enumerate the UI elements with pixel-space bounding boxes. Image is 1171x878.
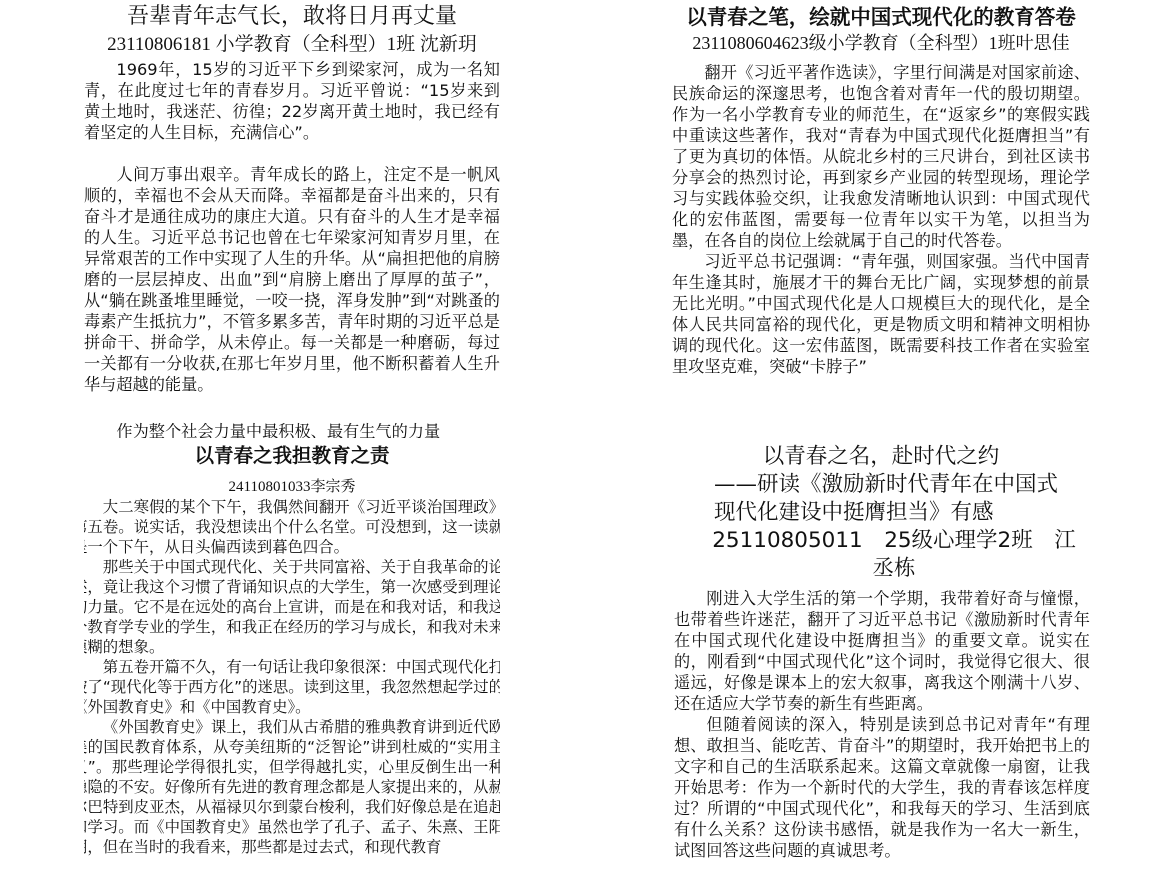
essay-title: 吾辈青年志气长，敢将日月再丈量 — [84, 2, 500, 32]
essay-body: 翻开《习近平著作选读》，字里行间满是对国家前途、民族命运的深邃思考，也饱含着对青… — [672, 62, 1090, 377]
essay-paragraph: 《外国教育史》课上，我们从古希腊的雅典教育讲到近代欧美的国民教育体系，从夸美纽斯… — [84, 717, 500, 857]
essay-body: 1969年，15岁的习近平下乡到梁家河，成为一名知青，在此度过七年的青春岁月。习… — [84, 59, 500, 438]
essay-body: 大二寒假的某个下午，我偶然间翻开《习近平谈治国理政》第五卷。说实话，我没想读出个… — [84, 497, 500, 857]
essay-subtitle: ——研读《激励新时代青年在中国式现代化建设中挺膺担当》有感 — [672, 471, 1090, 527]
essay-paragraph: 但随着阅读的深入，特别是读到总书记对青年“有理想、敢担当、能吃苦、肯奋斗”的期望… — [674, 714, 1090, 861]
essay-panel-top-left: 吾辈青年志气长，敢将日月再丈量 23110806181 小学教育（全科型）1班 … — [84, 0, 500, 438]
essay-paragraph: 1969年，15岁的习近平下乡到梁家河，成为一名知青，在此度过七年的青春岁月。习… — [84, 59, 500, 143]
essay-paragraph: 作为整个社会力量中最积极、最有生气的力量 — [84, 421, 500, 438]
essay-author: 25110805011 25级心理学2班 江丞栋 — [672, 527, 1090, 583]
essay-paragraph: 第五卷开篇不久，有一句话让我印象很深：中国式现代化打破了“现代化等于西方化”的迷… — [84, 657, 500, 717]
essay-paragraph: 习近平总书记强调：“青年强，则国家强。当代中国青年生逢其时，施展才干的舞台无比广… — [672, 251, 1090, 377]
essay-author: 2311080604623级小学教育（全科型）1班叶思佳 — [672, 31, 1090, 56]
essay-paragraph: 刚进入大学生活的第一个学期，我带着好奇与憧憬，也带着些许迷茫，翻开了习近平总书记… — [674, 588, 1090, 714]
essay-author: 23110806181 小学教育（全科型）1班 沈新玥 — [84, 32, 500, 58]
essay-paragraph: 翻开《习近平著作选读》，字里行间满是对国家前途、民族命运的深邃思考，也饱含着对青… — [672, 62, 1090, 251]
essay-title: 以青春之我担教育之责 — [84, 442, 500, 470]
essay-panel-bottom-left: 以青春之我担教育之责 24110801033李宗秀 大二寒假的某个下午，我偶然间… — [84, 440, 500, 878]
essay-paragraph: 大二寒假的某个下午，我偶然间翻开《习近平谈治国理政》第五卷。说实话，我没想读出个… — [84, 497, 500, 557]
essay-body: 刚进入大学生活的第一个学期，我带着好奇与憧憬，也带着些许迷茫，翻开了习近平总书记… — [672, 588, 1090, 861]
essay-author: 24110801033李宗秀 — [84, 477, 500, 497]
essay-paragraph: 人间万事出艰辛。青年成长的路上，注定不是一帆风顺的，幸福也不会从天而降。幸福都是… — [84, 164, 500, 395]
paragraph-gap — [84, 143, 500, 164]
paragraph-gap — [84, 395, 500, 416]
essay-title: 以青春之名，赴时代之约 — [672, 443, 1090, 471]
essay-panel-bottom-right: 以青春之名，赴时代之约 ——研读《激励新时代青年在中国式现代化建设中挺膺担当》有… — [672, 440, 1090, 878]
essay-panel-top-right: 以青春之笔，绘就中国式现代化的教育答卷 2311080604623级小学教育（全… — [672, 0, 1090, 440]
essay-title: 以青春之笔，绘就中国式现代化的教育答卷 — [672, 3, 1090, 31]
essay-paragraph: 那些关于中国式现代化、关于共同富裕、关于自我革命的论述，竟让我这个习惯了背诵知识… — [84, 557, 500, 657]
